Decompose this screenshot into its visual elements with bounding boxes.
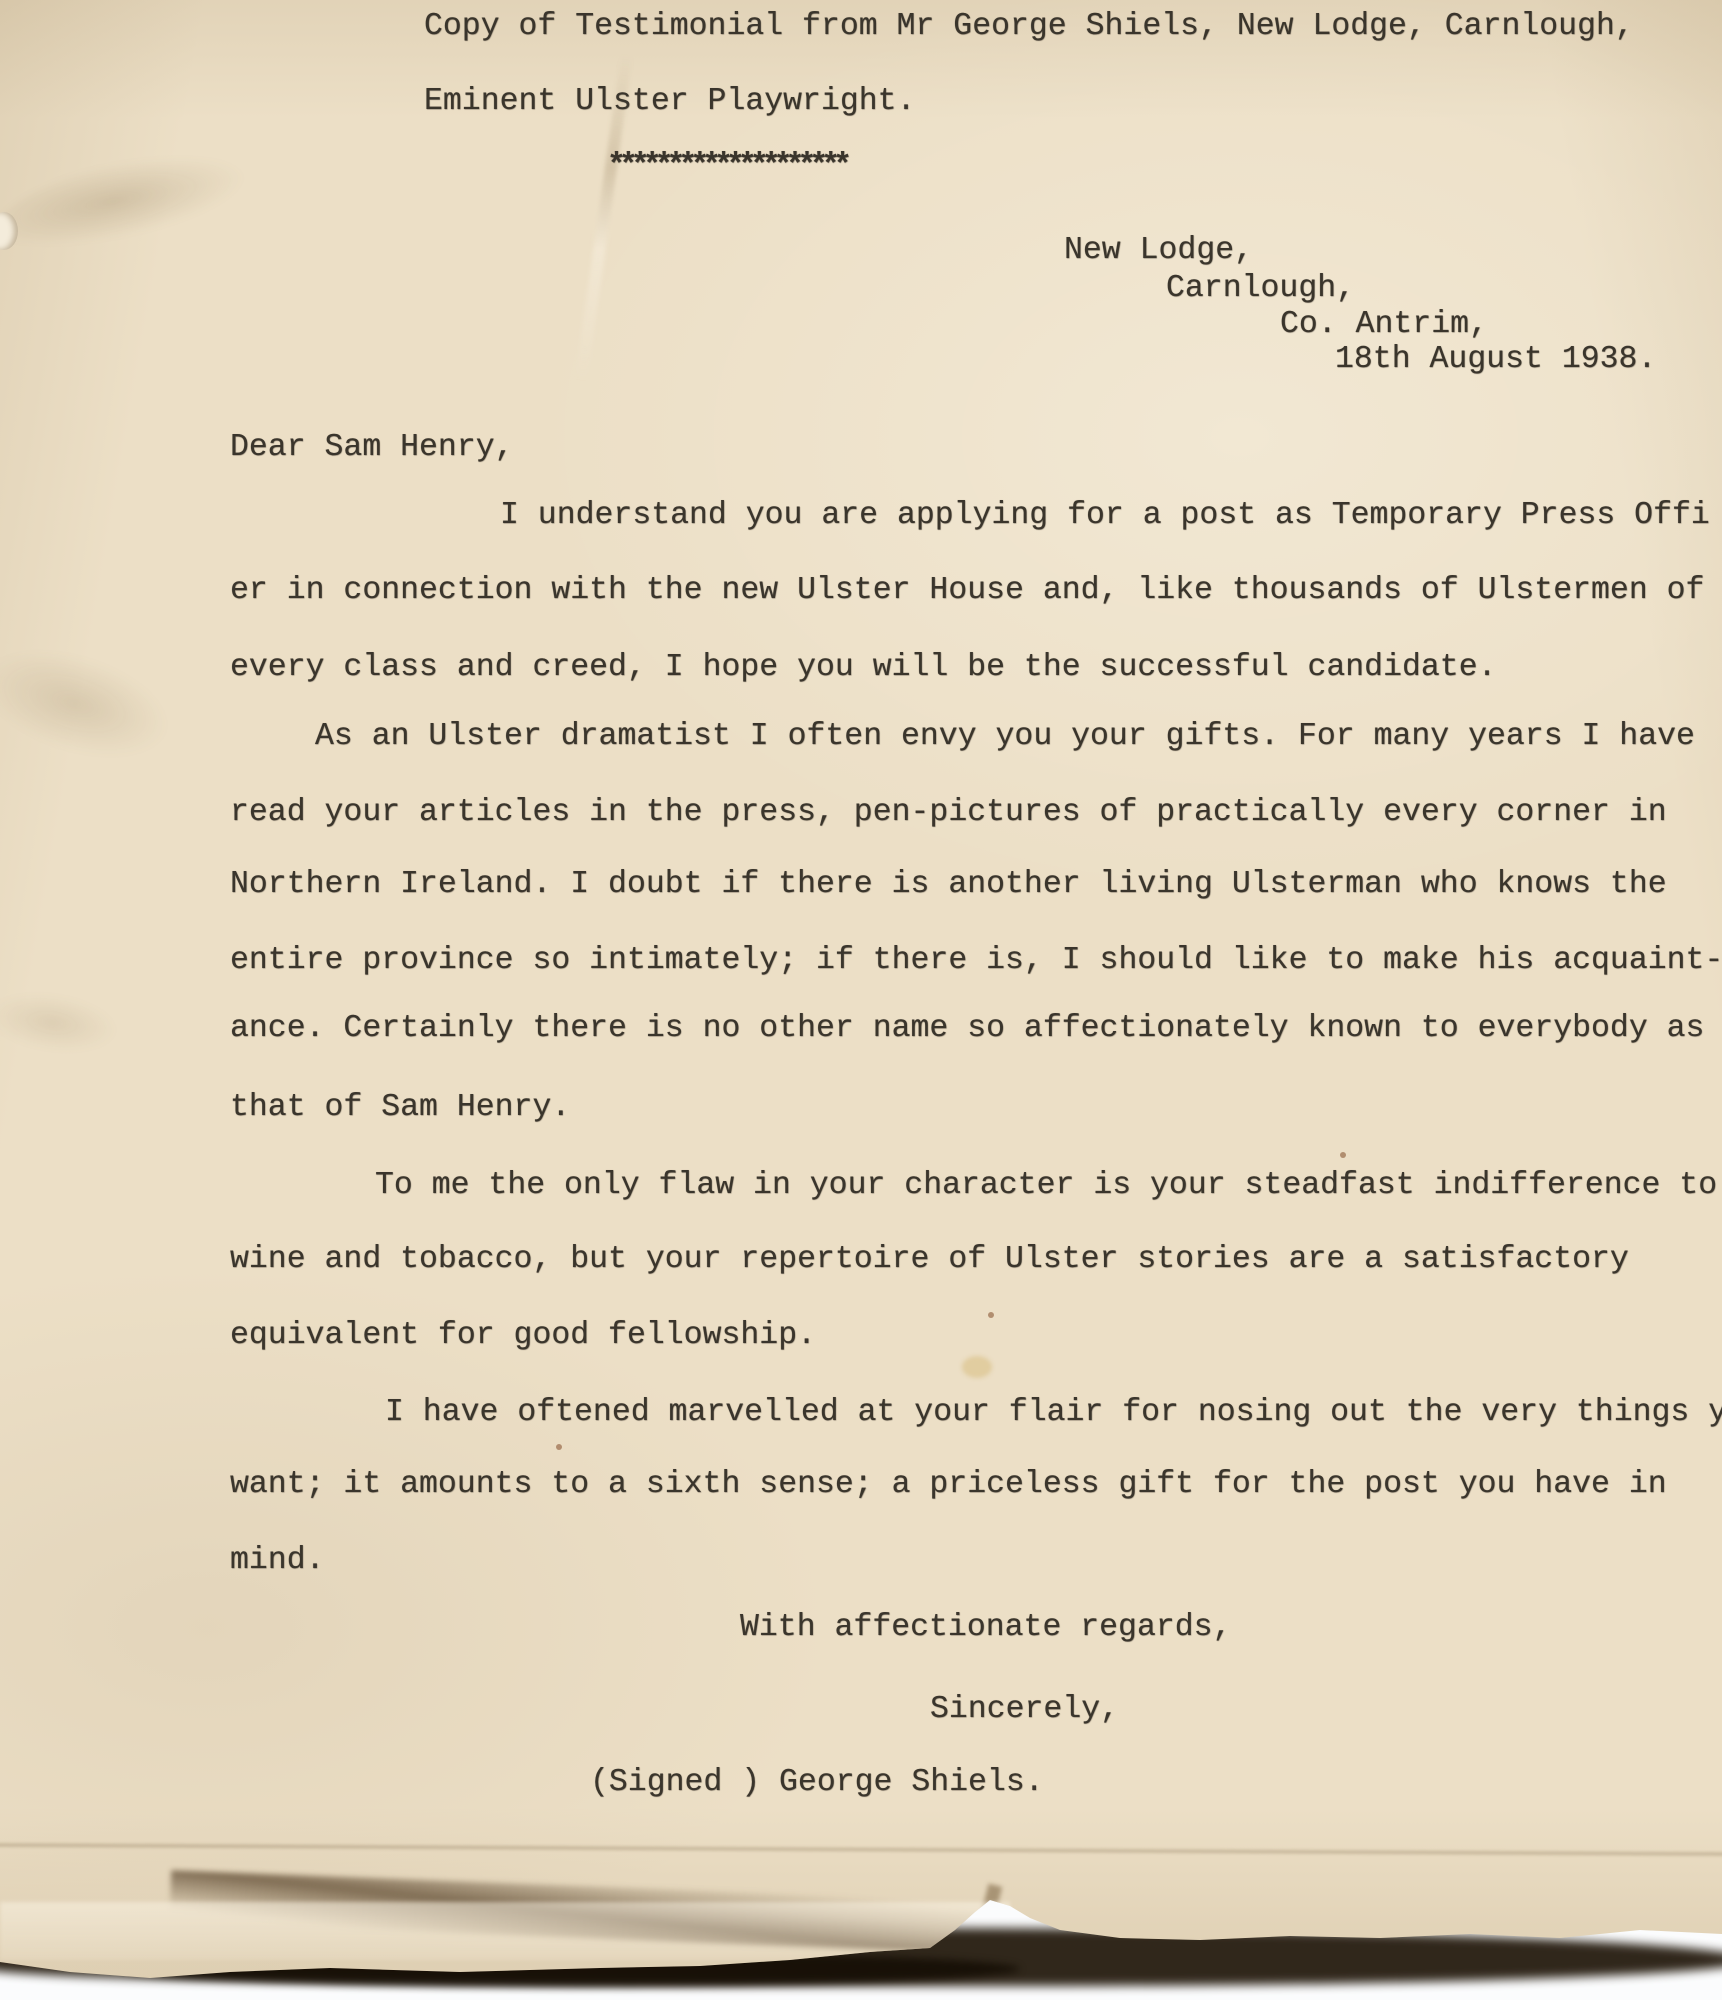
body-line: every class and creed, I hope you will b… (230, 649, 1497, 687)
body-line: To me the only flaw in your character is… (375, 1167, 1717, 1205)
sender-address-line-1: New Lodge, (1064, 232, 1253, 270)
body-line: Northern Ireland. I doubt if there is an… (230, 866, 1667, 904)
body-line: I have oftened marvelled at your flair f… (385, 1394, 1722, 1432)
heading-line-1: Copy of Testimonial from Mr George Shiel… (424, 8, 1634, 46)
body-line: read your articles in the press, pen-pic… (230, 794, 1667, 832)
body-line: I understand you are applying for a post… (500, 497, 1710, 535)
paper-speck (988, 1312, 994, 1318)
paper-fold-shadow-streak (169, 1870, 990, 1953)
body-line: entire province so intimately; if there … (230, 942, 1722, 980)
body-line: want; it amounts to a sixth sense; a pri… (230, 1466, 1667, 1504)
paper-crease-left-middle (0, 603, 240, 820)
heading-line-2: Eminent Ulster Playwright. (424, 83, 915, 121)
paper-fold-line (0, 1843, 1722, 1855)
paper-crease-left-lower (0, 969, 159, 1082)
closing-regards: With affectionate regards, (740, 1609, 1231, 1647)
paper-stain (962, 1356, 992, 1378)
paper-speck (556, 1444, 562, 1450)
signature-line: (Signed ) George Shiels. (590, 1764, 1044, 1802)
body-line: wine and tobacco, but your repertoire of… (230, 1241, 1629, 1279)
asterisk-divider: ******************** (607, 148, 845, 186)
body-line: that of Sam Henry. (230, 1089, 570, 1127)
letter-date: 18th August 1938. (1335, 341, 1656, 379)
body-line: er in connection with the new Ulster Hou… (230, 572, 1704, 610)
paper-edge-notch (0, 212, 18, 250)
body-line: mind. (230, 1542, 325, 1580)
sender-address-line-3: Co. Antrim, (1280, 306, 1488, 344)
body-line: As an Ulster dramatist I often envy you … (315, 718, 1695, 756)
letter-paper: Copy of Testimonial from Mr George Shiel… (0, 0, 1722, 1985)
paper-fold-highlight (0, 1902, 1010, 1960)
body-line: equivalent for good fellowship. (230, 1317, 816, 1355)
paper-speck (1340, 1152, 1346, 1158)
sender-address-line-2: Carnlough, (1166, 270, 1355, 308)
salutation: Dear Sam Henry, (230, 429, 514, 467)
paper-crease-top-left (0, 129, 304, 298)
closing-sincerely: Sincerely, (930, 1691, 1119, 1729)
body-line: ance. Certainly there is no other name s… (230, 1010, 1704, 1048)
